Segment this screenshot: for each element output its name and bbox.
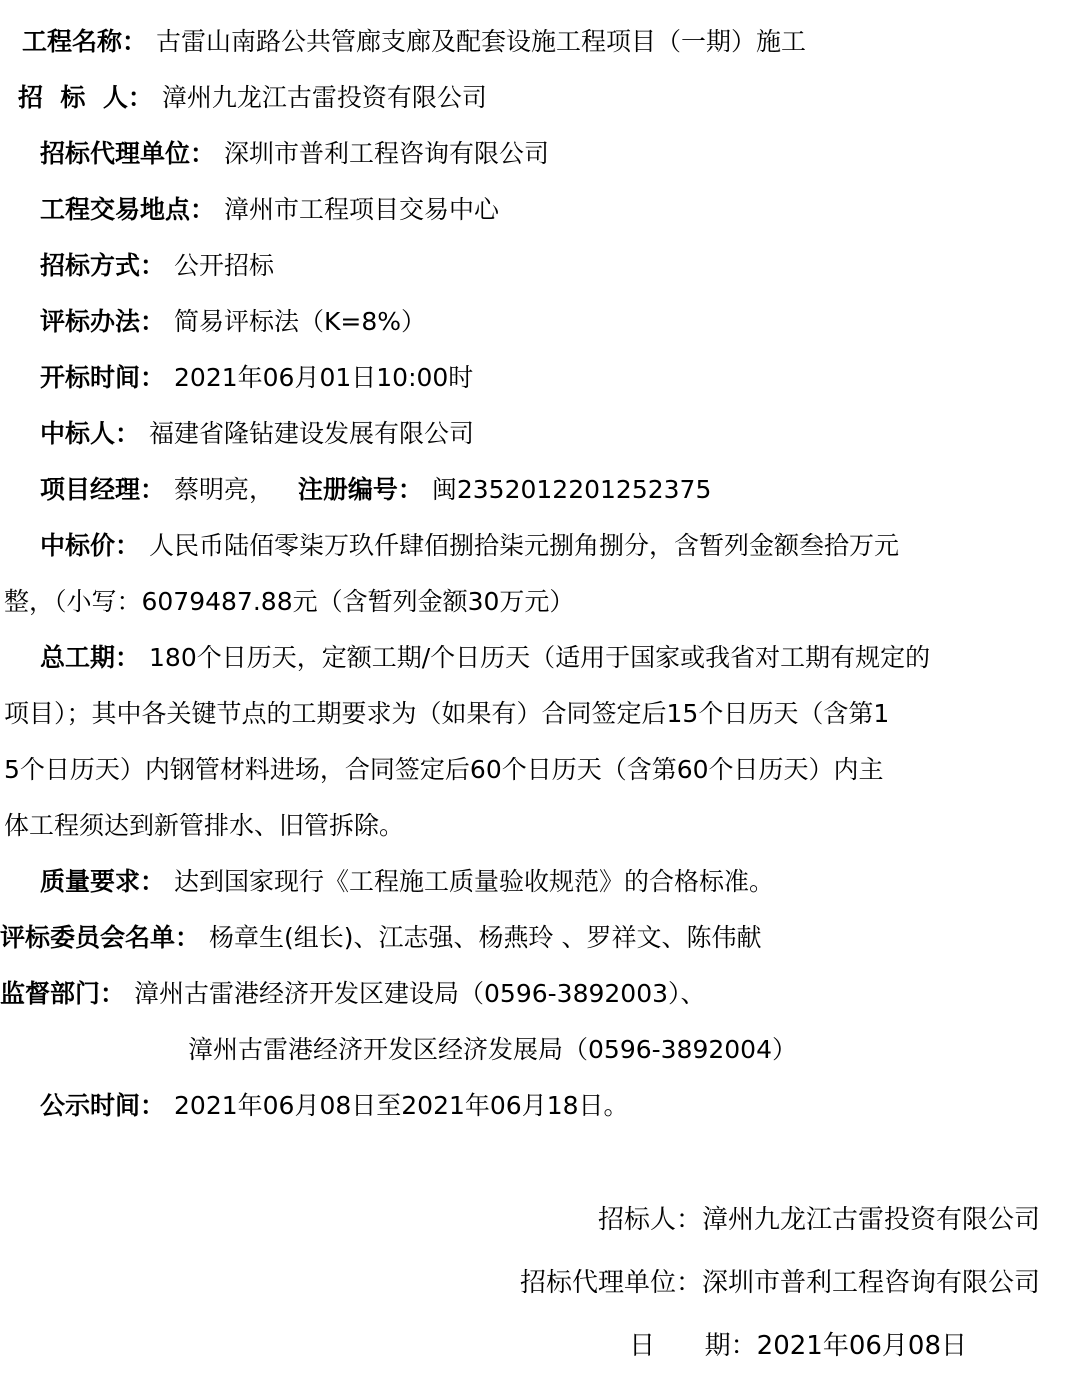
field-winner-label: 中标人： xyxy=(40,419,140,448)
field-agency-label: 招标代理单位： xyxy=(40,139,215,168)
field-supervision-dept-line1: 监督部门：漳州古雷港经济开发区建设局（0596-3892003）、 xyxy=(0,966,1080,1022)
field-tenderer: 招 标 人：漳州九龙江古雷投资有限公司 xyxy=(0,70,1080,126)
field-evaluation-committee-label: 评标委员会名单： xyxy=(0,923,200,952)
field-bid-price-line2: 整，（小写：6079487.88元（含暂列金额30万元） xyxy=(0,574,1080,630)
field-supervision-dept-label: 监督部门： xyxy=(0,979,125,1008)
field-tenderer-value: 漳州九龙江古雷投资有限公司 xyxy=(162,83,487,112)
field-opening-time: 开标时间：2021年06月01日10:00时 xyxy=(0,350,1080,406)
field-duration-value-line3: 5个日历天）内钢管材料进场，合同签定后60个日历天（含第60个日历天）内主 xyxy=(4,755,884,784)
field-agency-value: 深圳市普利工程咨询有限公司 xyxy=(224,139,549,168)
field-duration-value-line4: 体工程须达到新管排水、旧管拆除。 xyxy=(4,811,404,840)
field-evaluation-committee: 评标委员会名单：杨章生(组长)、江志强、杨燕玲 、罗祥文、陈伟献 xyxy=(0,910,1080,966)
field-duration-line1: 总工期：180个日历天，定额工期/个日历天（适用于国家或我省对工期有规定的 xyxy=(0,630,1080,686)
field-opening-time-label: 开标时间： xyxy=(40,363,165,392)
field-publicity-period-value: 2021年06月08日至2021年06月18日。 xyxy=(174,1091,629,1120)
field-duration-line2: 项目）；其中各关键节点的工期要求为（如果有）合同签定后15个日历天（含第1 xyxy=(0,686,1080,742)
field-trade-venue-value: 漳州市工程项目交易中心 xyxy=(224,195,499,224)
field-duration-label: 总工期： xyxy=(40,643,140,672)
field-bid-method-value: 公开招标 xyxy=(174,251,274,280)
field-supervision-dept-value-line1: 漳州古雷港经济开发区建设局（0596-3892003）、 xyxy=(134,979,706,1008)
field-bid-method-label: 招标方式： xyxy=(40,251,165,280)
signature-tenderer: 招标人：漳州九龙江古雷投资有限公司 xyxy=(0,1189,1080,1252)
field-trade-venue-label: 工程交易地点： xyxy=(40,195,215,224)
field-bid-price-line1: 中标价：人民币陆佰零柒万玖仟肆佰捌拾柒元捌角捌分，含暂列金额叁拾万元 xyxy=(0,518,1080,574)
field-bid-price-value-line2: 整，（小写：6079487.88元（含暂列金额30万元） xyxy=(4,587,574,616)
field-project-name-value: 古雷山南路公共管廊支廊及配套设施工程项目（一期）施工 xyxy=(156,27,806,56)
field-evaluation-committee-value: 杨章生(组长)、江志强、杨燕玲 、罗祥文、陈伟献 xyxy=(209,923,761,952)
field-bid-method: 招标方式：公开招标 xyxy=(0,238,1080,294)
field-supervision-dept-line2: 漳州古雷港经济开发区经济发展局（0596-3892004） xyxy=(0,1022,1080,1078)
field-tenderer-label: 招 标 人： xyxy=(18,83,153,112)
field-project-manager-value: 蔡明亮， xyxy=(174,475,298,504)
field-supervision-dept-value-line2: 漳州古雷港经济开发区经济发展局（0596-3892004） xyxy=(188,1035,797,1064)
field-winner: 中标人：福建省隆钻建设发展有限公司 xyxy=(0,406,1080,462)
field-duration-value-line1: 180个日历天，定额工期/个日历天（适用于国家或我省对工期有规定的 xyxy=(149,643,930,672)
field-publicity-period: 公示时间：2021年06月08日至2021年06月18日。 xyxy=(0,1078,1080,1134)
field-registration-no-value: 闽2352012201252375 xyxy=(432,475,712,504)
field-opening-time-value: 2021年06月01日10:00时 xyxy=(174,363,473,392)
field-quality-requirement-value: 达到国家现行《工程施工质量验收规范》的合格标准。 xyxy=(174,867,774,896)
tender-award-announcement: 工程名称：古雷山南路公共管廊支廊及配套设施工程项目（一期）施工 招 标 人：漳州… xyxy=(0,0,1080,1387)
field-quality-requirement-label: 质量要求： xyxy=(40,867,165,896)
field-project-name-label: 工程名称： xyxy=(22,27,147,56)
field-registration-no-label: 注册编号： xyxy=(298,475,423,504)
field-duration-value-line2: 项目）；其中各关键节点的工期要求为（如果有）合同签定后15个日历天（含第1 xyxy=(4,699,889,728)
field-bid-price-label: 中标价： xyxy=(40,531,140,560)
field-duration-line4: 体工程须达到新管排水、旧管拆除。 xyxy=(0,798,1080,854)
field-duration-line3: 5个日历天）内钢管材料进场，合同签定后60个日历天（含第60个日历天）内主 xyxy=(0,742,1080,798)
field-winner-value: 福建省隆钻建设发展有限公司 xyxy=(149,419,474,448)
signature-block: 招标人：漳州九龙江古雷投资有限公司 招标代理单位：深圳市普利工程咨询有限公司 日… xyxy=(0,1189,1080,1378)
field-evaluation-method: 评标办法：简易评标法（K=8%） xyxy=(0,294,1080,350)
field-publicity-period-label: 公示时间： xyxy=(40,1091,165,1120)
field-project-name: 工程名称：古雷山南路公共管廊支廊及配套设施工程项目（一期）施工 xyxy=(0,14,1080,70)
signature-agency: 招标代理单位：深圳市普利工程咨询有限公司 xyxy=(0,1252,1080,1315)
field-quality-requirement: 质量要求：达到国家现行《工程施工质量验收规范》的合格标准。 xyxy=(0,854,1080,910)
field-agency: 招标代理单位：深圳市普利工程咨询有限公司 xyxy=(0,126,1080,182)
field-trade-venue: 工程交易地点：漳州市工程项目交易中心 xyxy=(0,182,1080,238)
signature-date: 日 期：2021年06月08日 xyxy=(0,1315,1080,1378)
field-evaluation-method-label: 评标办法： xyxy=(40,307,165,336)
field-evaluation-method-value: 简易评标法（K=8%） xyxy=(174,307,426,336)
field-project-manager-label: 项目经理： xyxy=(40,475,165,504)
field-bid-price-value-line1: 人民币陆佰零柒万玖仟肆佰捌拾柒元捌角捌分，含暂列金额叁拾万元 xyxy=(149,531,899,560)
field-project-manager: 项目经理：蔡明亮， 注册编号：闽2352012201252375 xyxy=(0,462,1080,518)
